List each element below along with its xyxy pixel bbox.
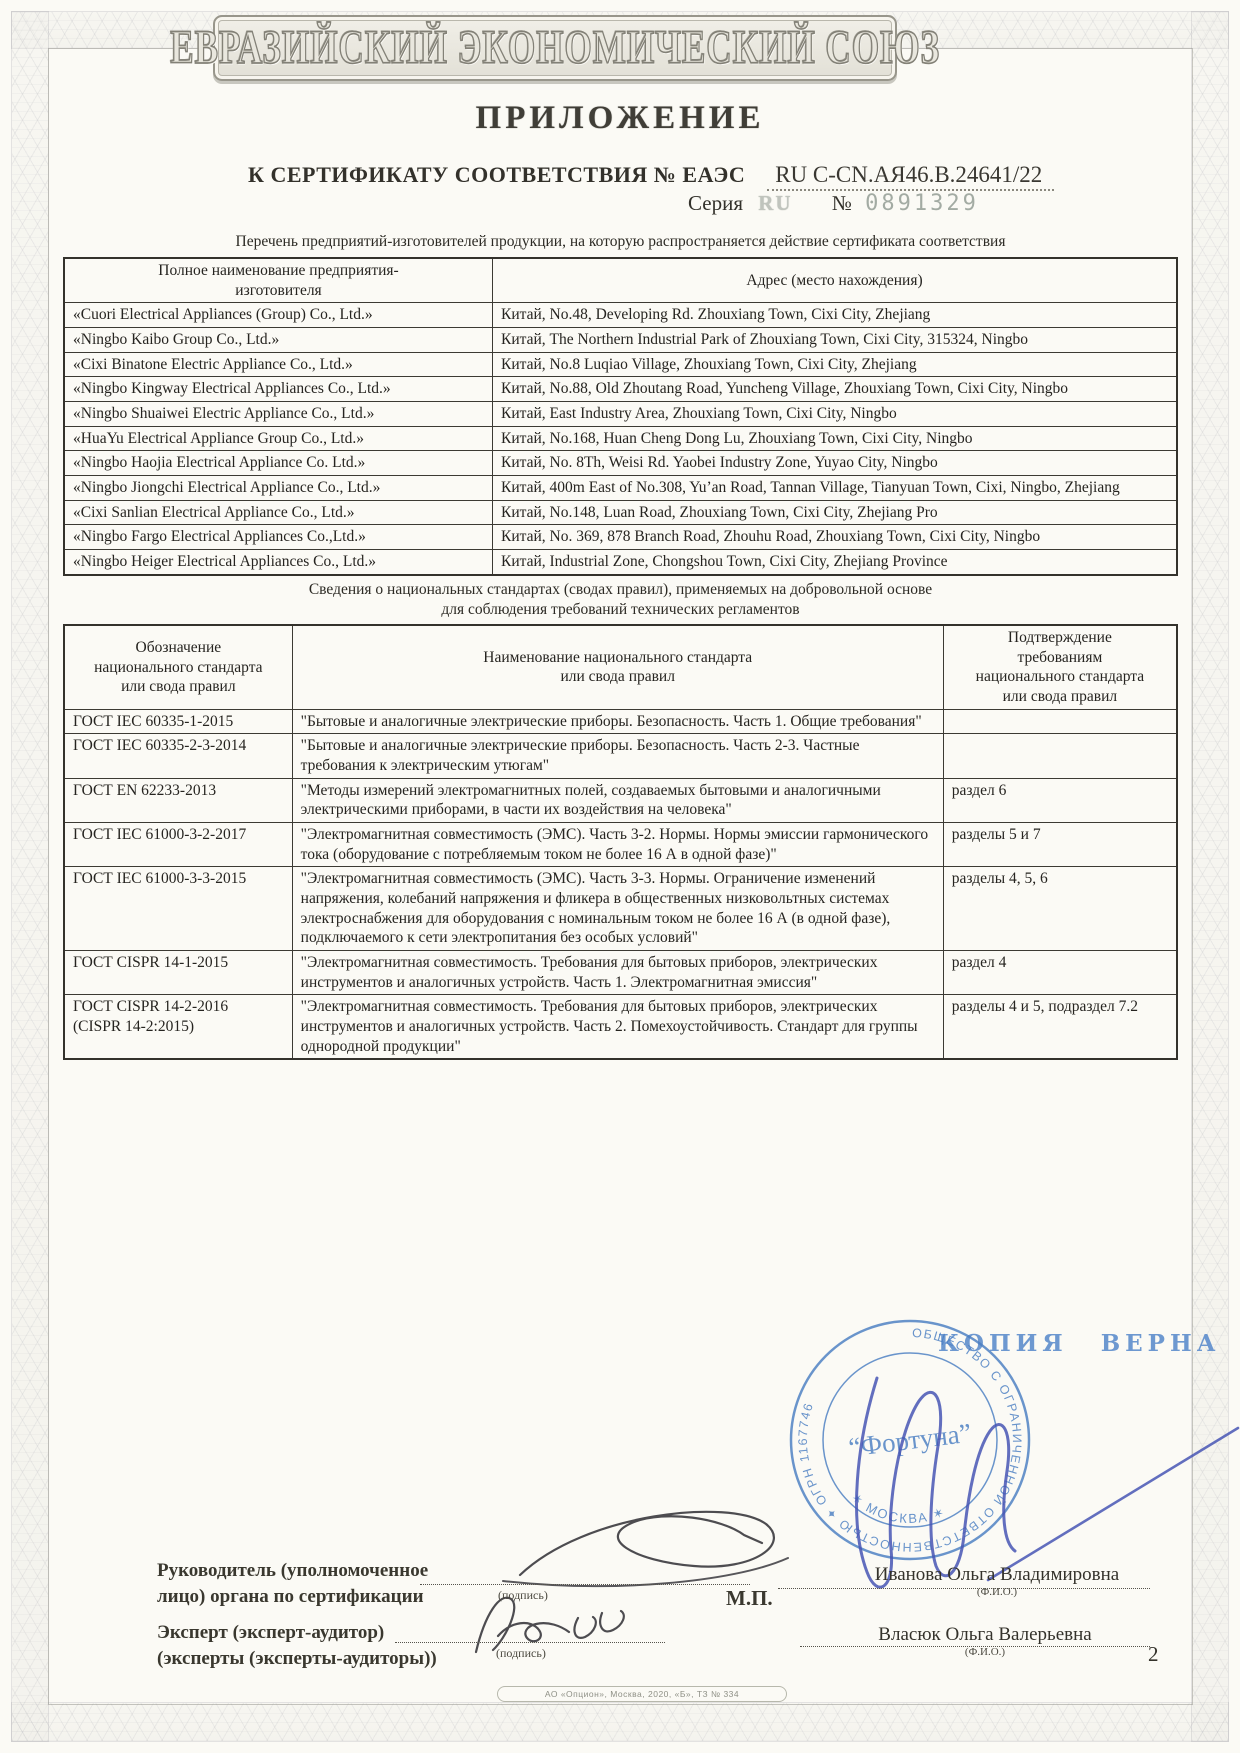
stamp-signature [857, 1378, 1015, 1587]
manufacturers-table: Полное наименование предприятия- изготов… [63, 257, 1178, 576]
manufacturer-address-cell: Китай, No.48, Developing Rd. Zhouxiang T… [493, 303, 1178, 328]
designation-cell: ГОСТ CISPR 14-1-2015 [64, 951, 292, 995]
manufacturer-name-cell: «Ningbo Shuaiwei Electric Appliance Co.,… [64, 402, 493, 427]
manufacturer-address-cell: Китай, The Northern Industrial Park of Z… [493, 328, 1178, 353]
border-pattern-left [12, 12, 48, 1741]
manufacturer-address-cell: Китай, No.148, Luan Road, Zhouxiang Town… [493, 500, 1178, 525]
manufacturer-address-cell: Китай, 400m East of No.308, Yu’an Road, … [493, 476, 1178, 501]
standard-name-cell: "Электромагнитная совместимость. Требова… [292, 951, 943, 995]
confirmation-cell: раздел 6 [943, 778, 1177, 822]
expert-name-block: Власюк Ольга Валерьевна (Ф.И.О.) [845, 1624, 1125, 1658]
col-header-confirmation: Подтверждение требованиям национального … [943, 625, 1177, 709]
table-row: «Cuori Electrical Appliances (Group) Co.… [64, 303, 1177, 328]
confirmation-cell: разделы 5 и 7 [943, 823, 1177, 867]
manufacturer-name-cell: «Cixi Binatone Electric Appliance Co., L… [64, 352, 493, 377]
confirmation-cell [943, 709, 1177, 734]
series-line: Серия RU № 0891329 [688, 191, 979, 216]
expert-signature [476, 1598, 624, 1652]
expert-role-label: Эксперт (эксперт-аудитор) (эксперты (экс… [157, 1620, 477, 1671]
standards-intro-line1: Сведения о национальных стандартах (свод… [309, 581, 932, 598]
table-row: ГОСТ IEC 60335-1-2015"Бытовые и аналогич… [64, 709, 1177, 734]
col-header-standard-name: Наименование национального стандарта или… [292, 625, 943, 709]
table-row: «Ningbo Haojia Electrical Appliance Co. … [64, 451, 1177, 476]
standard-name-cell: "Электромагнитная совместимость (ЭМС). Ч… [292, 867, 943, 951]
signatures-overlay [380, 1280, 1240, 1680]
standard-name-cell: "Электромагнитная совместимость (ЭМС). Ч… [292, 823, 943, 867]
head-signature-caption: (подпись) [498, 1588, 548, 1603]
head-name: Иванова Ольга Владимировна [852, 1564, 1142, 1586]
designation-cell: ГОСТ IEC 61000-3-3-2015 [64, 867, 292, 951]
standard-name-cell: "Бытовые и аналогичные электрические при… [292, 734, 943, 778]
standards-table: Обозначение национального стандарта или … [63, 624, 1178, 1060]
table-row: «Cixi Binatone Electric Appliance Co., L… [64, 352, 1177, 377]
table-row: «Ningbo Jiongchi Electrical Appliance Co… [64, 476, 1177, 501]
manufacturer-address-cell: Китай, No.88, Old Zhoutang Road, Yunchen… [493, 377, 1178, 402]
certificate-label: К СЕРТИФИКАТУ СООТВЕТСТВИЯ № ЕАЭС [248, 162, 745, 187]
table-row: ГОСТ IEC 61000-3-3-2015"Электромагнитная… [64, 867, 1177, 951]
table-row: «Ningbo Kingway Electrical Appliances Co… [64, 377, 1177, 402]
series-label: Серия [688, 191, 743, 215]
manufacturer-name-cell: «HuaYu Electrical Appliance Group Co., L… [64, 426, 493, 451]
confirmation-cell: раздел 4 [943, 951, 1177, 995]
stamp-place-label: М.П. [726, 1586, 773, 1611]
manufacturer-name-cell: «Ningbo Jiongchi Electrical Appliance Co… [64, 476, 493, 501]
head-signature [520, 1512, 774, 1575]
manufacturer-name-cell: «Cuori Electrical Appliances (Group) Co.… [64, 303, 493, 328]
manufacturer-address-cell: Китай, No.8 Luqiao Village, Zhouxiang To… [493, 352, 1178, 377]
manufacturers-intro: Перечень предприятий-изготовителей проду… [63, 233, 1178, 251]
document-body: Перечень предприятий-изготовителей проду… [63, 233, 1178, 1060]
manufacturer-name-cell: «Ningbo Heiger Electrical Appliances Co.… [64, 550, 493, 575]
head-fio-caption: (Ф.И.О.) [852, 1586, 1142, 1598]
designation-cell: ГОСТ EN 62233-2013 [64, 778, 292, 822]
manufacturer-address-cell: Китай, Industrial Zone, Chongshou Town, … [493, 550, 1178, 575]
table-row: ГОСТ IEC 60335-2-3-2014"Бытовые и аналог… [64, 734, 1177, 778]
standard-name-cell: "Электромагнитная совместимость. Требова… [292, 995, 943, 1060]
head-name-block: Иванова Ольга Владимировна (Ф.И.О.) [852, 1564, 1142, 1598]
manufacturer-address-cell: Китай, East Industry Area, Zhouxiang Tow… [493, 402, 1178, 427]
confirmation-cell: разделы 4 и 5, подраздел 7.2 [943, 995, 1177, 1060]
eaeu-banner-text: ЕВРАЗИЙСКИЙ ЭКОНОМИЧЕСКИЙ СОЮЗ [170, 20, 940, 75]
col-header-address: Адрес (место нахождения) [493, 258, 1178, 303]
designation-cell: ГОСТ IEC 60335-1-2015 [64, 709, 292, 734]
manufacturer-address-cell: Китай, No. 8Th, Weisi Rd. Yaobei Industr… [493, 451, 1178, 476]
standard-name-cell: "Методы измерений электромагнитных полей… [292, 778, 943, 822]
manufacturer-name-cell: «Cixi Sanlian Electrical Appliance Co., … [64, 500, 493, 525]
table-row: ГОСТ CISPR 14-1-2015"Электромагнитная со… [64, 951, 1177, 995]
manufacturer-name-cell: «Ningbo Kingway Electrical Appliances Co… [64, 377, 493, 402]
table-row: «Ningbo Kaibo Group Co., Ltd.»Китай, The… [64, 328, 1177, 353]
expert-fio-caption: (Ф.И.О.) [845, 1646, 1125, 1658]
table-row: «Ningbo Heiger Electrical Appliances Co.… [64, 550, 1177, 575]
eaeu-banner: ЕВРАЗИЙСКИЙ ЭКОНОМИЧЕСКИЙ СОЮЗ [213, 15, 897, 81]
table-row: ГОСТ EN 62233-2013"Методы измерений элек… [64, 778, 1177, 822]
standard-name-cell: "Бытовые и аналогичные электрические при… [292, 709, 943, 734]
table-row: «Cixi Sanlian Electrical Appliance Co., … [64, 500, 1177, 525]
head-role-label: Руководитель (уполномоченное лицо) орган… [157, 1558, 457, 1609]
manufacturer-address-cell: Китай, No.168, Huan Cheng Dong Lu, Zhoux… [493, 426, 1178, 451]
table-header-row: Полное наименование предприятия- изготов… [64, 258, 1177, 303]
manufacturer-name-cell: «Ningbo Kaibo Group Co., Ltd.» [64, 328, 493, 353]
print-house-info: АО «Опцион», Москва, 2020, «Б», ТЗ № 334 [497, 1686, 787, 1702]
designation-cell: ГОСТ CISPR 14-2-2016 (CISPR 14-2:2015) [64, 995, 292, 1060]
blank-number: 0891329 [865, 191, 979, 216]
table-row: «Ningbo Shuaiwei Electric Appliance Co.,… [64, 402, 1177, 427]
table-header-row: Обозначение национального стандарта или … [64, 625, 1177, 709]
border-pattern-bottom [12, 1703, 1228, 1741]
standards-intro: Сведения о национальных стандартах (свод… [63, 580, 1178, 620]
manufacturer-name-cell: «Ningbo Fargo Electrical Appliances Co.,… [64, 525, 493, 550]
expert-signature-caption: (подпись) [496, 1646, 546, 1661]
page-title: ПРИЛОЖЕНИЕ [0, 100, 1240, 137]
certificate-number: RU C-CN.АЯ46.В.24641/22 [767, 162, 1054, 191]
standards-intro-line2: для соблюдения требований технических ре… [441, 601, 799, 618]
table-row: ГОСТ IEC 61000-3-2-2017"Электромагнитная… [64, 823, 1177, 867]
blank-number-sign: № [832, 191, 852, 215]
designation-cell: ГОСТ IEC 61000-3-2-2017 [64, 823, 292, 867]
head-signature-line [420, 1584, 750, 1585]
manufacturer-name-cell: «Ningbo Haojia Electrical Appliance Co. … [64, 451, 493, 476]
col-header-manufacturer: Полное наименование предприятия- изготов… [64, 258, 493, 303]
series-value: RU [758, 191, 792, 215]
confirmation-cell [943, 734, 1177, 778]
table-row: ГОСТ CISPR 14-2-2016 (CISPR 14-2:2015)"Э… [64, 995, 1177, 1060]
certificate-line: К СЕРТИФИКАТУ СООТВЕТСТВИЯ № ЕАЭСRU C-CN… [248, 162, 1054, 188]
table-row: «HuaYu Electrical Appliance Group Co., L… [64, 426, 1177, 451]
page-number: 2 [1148, 1642, 1159, 1667]
table-row: «Ningbo Fargo Electrical Appliances Co.,… [64, 525, 1177, 550]
manufacturer-address-cell: Китай, No. 369, 878 Branch Road, Zhouhu … [493, 525, 1178, 550]
confirmation-cell: разделы 4, 5, 6 [943, 867, 1177, 951]
col-header-designation: Обозначение национального стандарта или … [64, 625, 292, 709]
stamp-signature-flourish [988, 1428, 1238, 1580]
expert-signature-line [395, 1642, 665, 1643]
expert-name: Власюк Ольга Валерьевна [845, 1624, 1125, 1646]
designation-cell: ГОСТ IEC 60335-2-3-2014 [64, 734, 292, 778]
